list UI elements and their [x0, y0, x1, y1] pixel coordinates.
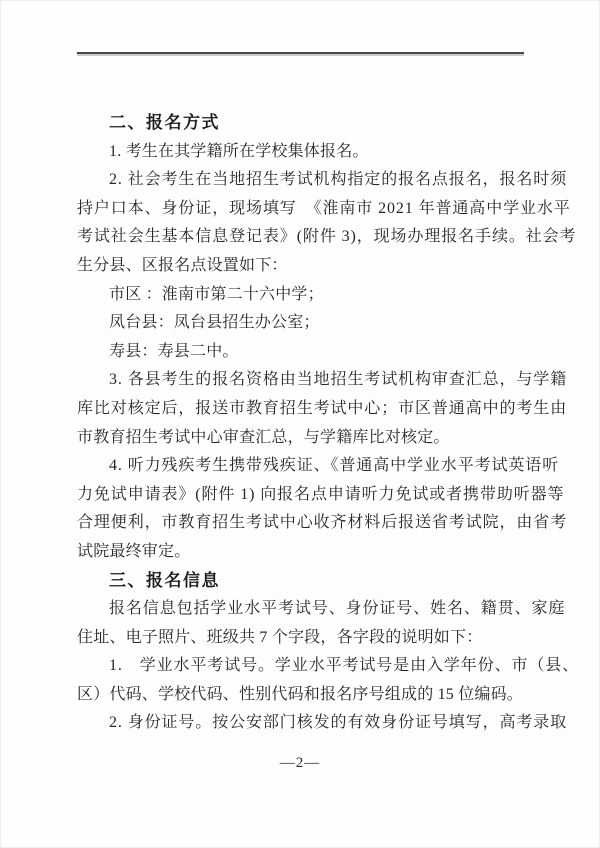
body-line: 1. 学业水平考试号。学业水平考试号是由入学年份、市（县、 — [77, 652, 524, 681]
body-line: 2. 社会考生在当地招生考试机构指定的报名点报名，报名时须 — [77, 166, 524, 195]
body-line: 考试社会生基本信息登记表》(附件 3)，现场办理报名手续。社会考 — [77, 223, 524, 252]
body-line: 2. 身份证号。按公安部门核发的有效身份证号填写，高考录取 — [77, 709, 524, 738]
body-line: 住址、电子照片、班级共 7 个字段，各字段的说明如下： — [77, 624, 524, 653]
registration-point-city: 市区 ：淮南市第二十六中学； — [77, 281, 524, 310]
registration-point-fengtai: 凤台县：凤台县招生办公室； — [77, 309, 524, 338]
body-line: 市教育招生考试中心审查汇总，与学籍库比对核定。 — [77, 424, 524, 453]
body-line: 合理便利，市教育招生考试中心收齐材料后报送省考试院，由省考 — [77, 509, 524, 538]
document-page: 二、报名方式 1. 考生在其学籍所在学校集体报名。 2. 社会考生在当地招生考试… — [0, 0, 600, 848]
body-line: 报名信息包括学业水平考试号、身份证号、姓名、籍贯、家庭 — [77, 595, 524, 624]
body-line: 持户口本、身份证，现场填写 《淮南市 2021 年普通高中学业水平 — [77, 195, 524, 224]
header-rule — [77, 52, 524, 54]
page-number: —2— — [0, 752, 600, 774]
body-line: 1. 考生在其学籍所在学校集体报名。 — [77, 138, 524, 167]
heading-registration-info: 三、报名信息 — [77, 567, 524, 596]
body-line: 力免试申请表》(附件 1) 向报名点申请听力免试或者携带助听器等 — [77, 481, 524, 510]
body-line: 试院最终审定。 — [77, 538, 524, 567]
body-line: 4. 听力残疾考生携带残疾证、《普通高中学业水平考试英语听 — [77, 452, 524, 481]
body-line: 3. 各县考生的报名资格由当地招生考试机构审查汇总，与学籍 — [77, 366, 524, 395]
document-body: 二、报名方式 1. 考生在其学籍所在学校集体报名。 2. 社会考生在当地招生考试… — [77, 109, 524, 738]
body-line: 生分县、区报名点设置如下： — [77, 252, 524, 281]
body-line: 区）代码、学校代码、性别代码和报名序号组成的 15 位编码。 — [77, 681, 524, 710]
registration-point-shouxian: 寿县：寿县二中。 — [77, 338, 524, 367]
body-line: 库比对核定后，报送市教育招生考试中心；市区普通高中的考生由 — [77, 395, 524, 424]
heading-registration-method: 二、报名方式 — [77, 109, 524, 138]
